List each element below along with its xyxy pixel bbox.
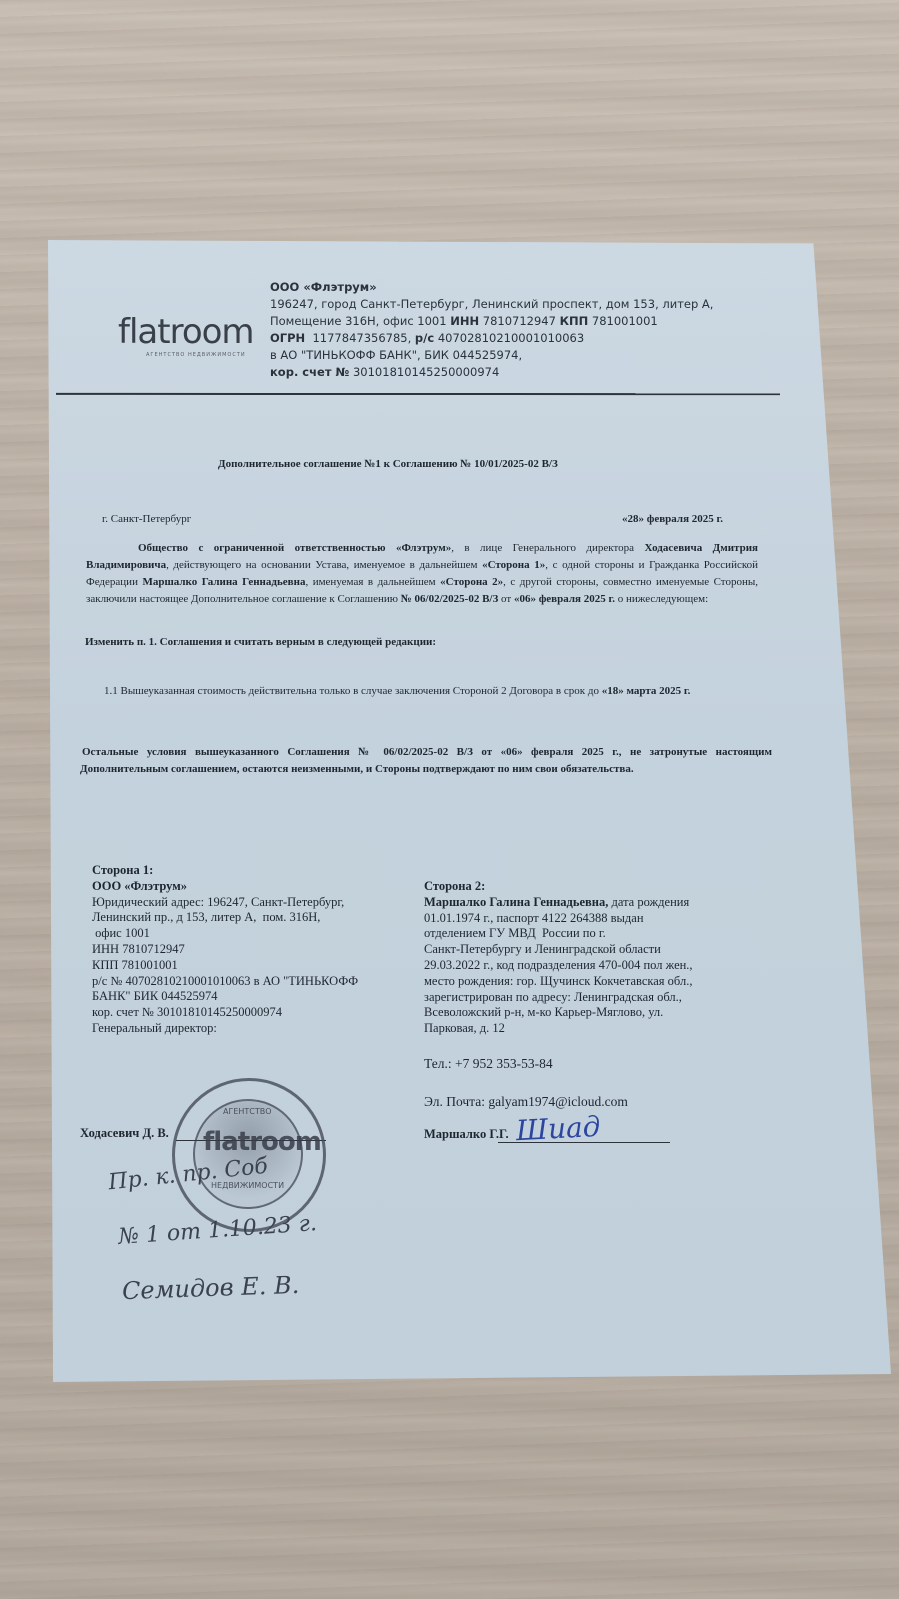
document-date: «28» февраля 2025 г. bbox=[622, 513, 723, 525]
header-ogrn: 1177847356785, bbox=[312, 331, 411, 345]
party1-detail-line: БАНК" БИК 044525974 bbox=[92, 989, 358, 1005]
text: , действующего на основании Устава, имен… bbox=[166, 559, 482, 571]
text: о нижеследующем: bbox=[615, 593, 708, 605]
header-kor-label: кор. счет № bbox=[270, 365, 349, 379]
header-premises: Помещение 316Н, офис 1001 bbox=[270, 314, 447, 328]
closing-paragraph: Остальные условия вышеуказанного Соглаше… bbox=[80, 744, 772, 778]
party2-detail-line: Парковая, д. 12 bbox=[424, 1021, 693, 1037]
agreement-number: № 06/02/2025-02 В/З bbox=[401, 593, 499, 605]
party1-detail-line: офис 1001 bbox=[92, 926, 358, 942]
document-city: г. Санкт-Петербург bbox=[102, 513, 191, 525]
party2-name-line: Маршалко Галина Геннадьевна, дата рожден… bbox=[424, 895, 693, 911]
party1-label: «Сторона 1» bbox=[482, 559, 545, 571]
preamble: Общество с ограниченной ответственностью… bbox=[86, 540, 758, 608]
header-address: 196247, город Санкт-Петербург, Ленинский… bbox=[270, 296, 713, 314]
party1-name: Общество с ограниченной ответственностью… bbox=[138, 542, 451, 554]
clause-text: 1.1 Вышеуказанная стоимость действительн… bbox=[104, 685, 602, 697]
party1-detail-line: КПП 781001001 bbox=[92, 958, 358, 974]
party1-detail-line: кор. счет № 30101810145250000974 bbox=[92, 1005, 358, 1021]
party2-detail-line: 01.01.1974 г., паспорт 4122 264388 выдан bbox=[424, 911, 693, 927]
party1-detail-line: ИНН 7810712947 bbox=[92, 942, 358, 958]
party2-detail-line: Санкт-Петербургу и Ленинградской области bbox=[424, 942, 693, 958]
header-inn-label: ИНН bbox=[450, 314, 479, 328]
party2-phone: Тел.: +7 952 353-53-84 bbox=[424, 1056, 553, 1072]
header-inn: 7810712947 bbox=[483, 314, 556, 328]
party1-detail-line: Ленинский пр., д 153, литер А, пом. 316Н… bbox=[92, 910, 358, 926]
text: , в лице Генерального директора bbox=[451, 542, 644, 554]
header-divider bbox=[56, 393, 780, 395]
header-premises-line: Помещение 316Н, офис 1001 ИНН 7810712947… bbox=[270, 313, 658, 331]
change-heading: Изменить п. 1. Соглашения и считать верн… bbox=[85, 636, 436, 648]
header-kor: 30101810145250000974 bbox=[353, 365, 499, 379]
party2-signatory: Маршалко Г.Г. bbox=[424, 1127, 509, 1142]
party2-detail-line: 29.03.2022 г., код подразделения 470-004… bbox=[424, 958, 693, 974]
party2-email: Эл. Почта: galyam1974@icloud.com bbox=[424, 1094, 628, 1110]
party2-label: «Сторона 2» bbox=[440, 576, 503, 588]
party2-birth-label: дата рождения bbox=[608, 895, 689, 909]
text: от bbox=[498, 593, 514, 605]
header-ogrn-line: ОГРН 1177847356785, р/с 4070281021000101… bbox=[270, 330, 584, 348]
header-kpp: 781001001 bbox=[592, 314, 658, 328]
party1-block: Сторона 1: ООО «Флэтрум» Юридический адр… bbox=[92, 863, 358, 1037]
header-kor-line: кор. счет № 30101810145250000974 bbox=[270, 364, 499, 382]
clause-1-1: 1.1 Вышеуказанная стоимость действительн… bbox=[104, 683, 772, 700]
party2-detail-line: зарегистрирован по адресу: Ленинградская… bbox=[424, 990, 693, 1006]
header-rs-label: р/с bbox=[415, 331, 434, 345]
party2-details: 01.01.1974 г., паспорт 4122 264388 выдан… bbox=[424, 911, 693, 1037]
party2-detail-line: место рождения: гор. Щучинск Кокчетавска… bbox=[424, 974, 693, 990]
flatroom-logo: flatroom bbox=[118, 312, 254, 352]
agreement-date: «06» февраля 2025 г. bbox=[514, 593, 615, 605]
party1-detail-line: Генеральный директор: bbox=[92, 1021, 358, 1037]
header-company: ООО «Флэтрум» bbox=[270, 279, 377, 297]
header-ogrn-label: ОГРН bbox=[270, 331, 305, 345]
clause-deadline: «18» марта 2025 г. bbox=[602, 685, 691, 697]
party1-details: Юридический адрес: 196247, Санкт-Петербу… bbox=[92, 895, 358, 1037]
header-bank: в АО "ТИНЬКОФФ БАНК", БИК 044525974, bbox=[270, 347, 522, 365]
logo-subtitle: АГЕНТСТВО НЕДВИЖИМОСТИ bbox=[146, 352, 246, 358]
header-rs: 40702810210001010063 bbox=[438, 331, 584, 345]
party2-signature: Шиад bbox=[515, 1110, 601, 1147]
party2-name: Маршалко Галина Геннадьевна bbox=[142, 576, 305, 588]
party2-name: Маршалко Галина Геннадьевна, bbox=[424, 895, 608, 909]
document-title: Дополнительное соглашение №1 к Соглашени… bbox=[218, 458, 558, 470]
party1-heading: Сторона 1: bbox=[92, 863, 358, 879]
party2-heading: Сторона 2: bbox=[424, 879, 693, 895]
party2-detail-line: Всеволожский р-н, м-ко Карьер-Мяглово, у… bbox=[424, 1005, 693, 1021]
header-kpp-label: КПП bbox=[560, 314, 589, 328]
party1-company: ООО «Флэтрум» bbox=[92, 879, 358, 895]
party2-detail-line: отделением ГУ МВД России по г. bbox=[424, 926, 693, 942]
party1-detail-line: р/с № 40702810210001010063 в АО "ТИНЬКОФ… bbox=[92, 974, 358, 990]
party1-detail-line: Юридический адрес: 196247, Санкт-Петербу… bbox=[92, 895, 358, 911]
document-paper bbox=[48, 240, 891, 1382]
party2-block: Сторона 2: Маршалко Галина Геннадьевна, … bbox=[424, 879, 693, 1037]
text: , именуемая в дальнейшем bbox=[305, 576, 440, 588]
stamp-top-text: АГЕНТСТВО bbox=[223, 1107, 272, 1116]
party1-signatory: Ходасевич Д. В. bbox=[80, 1126, 169, 1141]
stamp-logo: flatroom bbox=[203, 1127, 321, 1157]
